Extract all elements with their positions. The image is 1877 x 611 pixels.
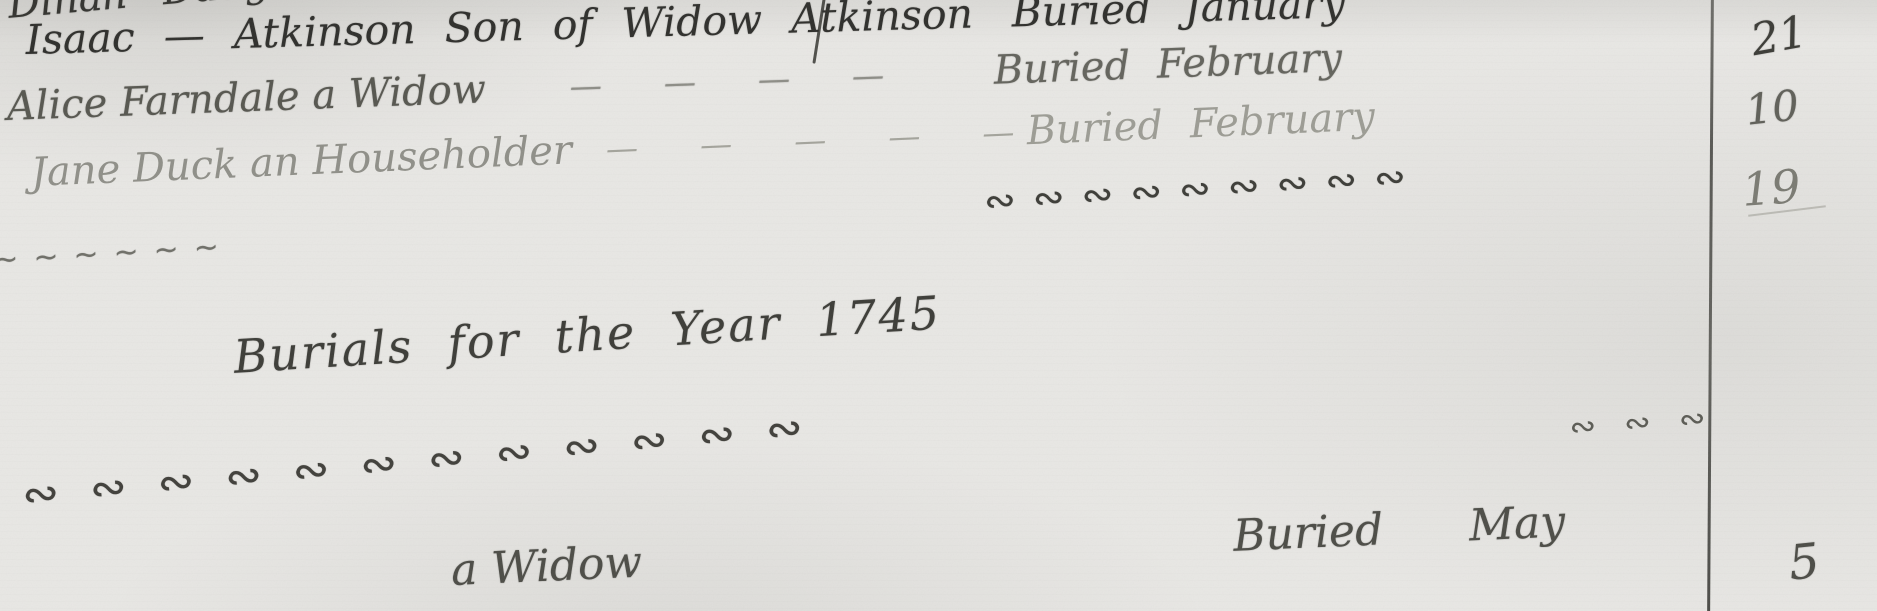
day-number: 21: [1747, 6, 1811, 66]
register-page: Dinah Daug Isaac — Atkinson Son of Widow…: [0, 0, 1877, 611]
entry-text: a Widow: [450, 537, 643, 596]
day-number: 10: [1743, 80, 1801, 134]
day-number: 5: [1786, 533, 1822, 592]
